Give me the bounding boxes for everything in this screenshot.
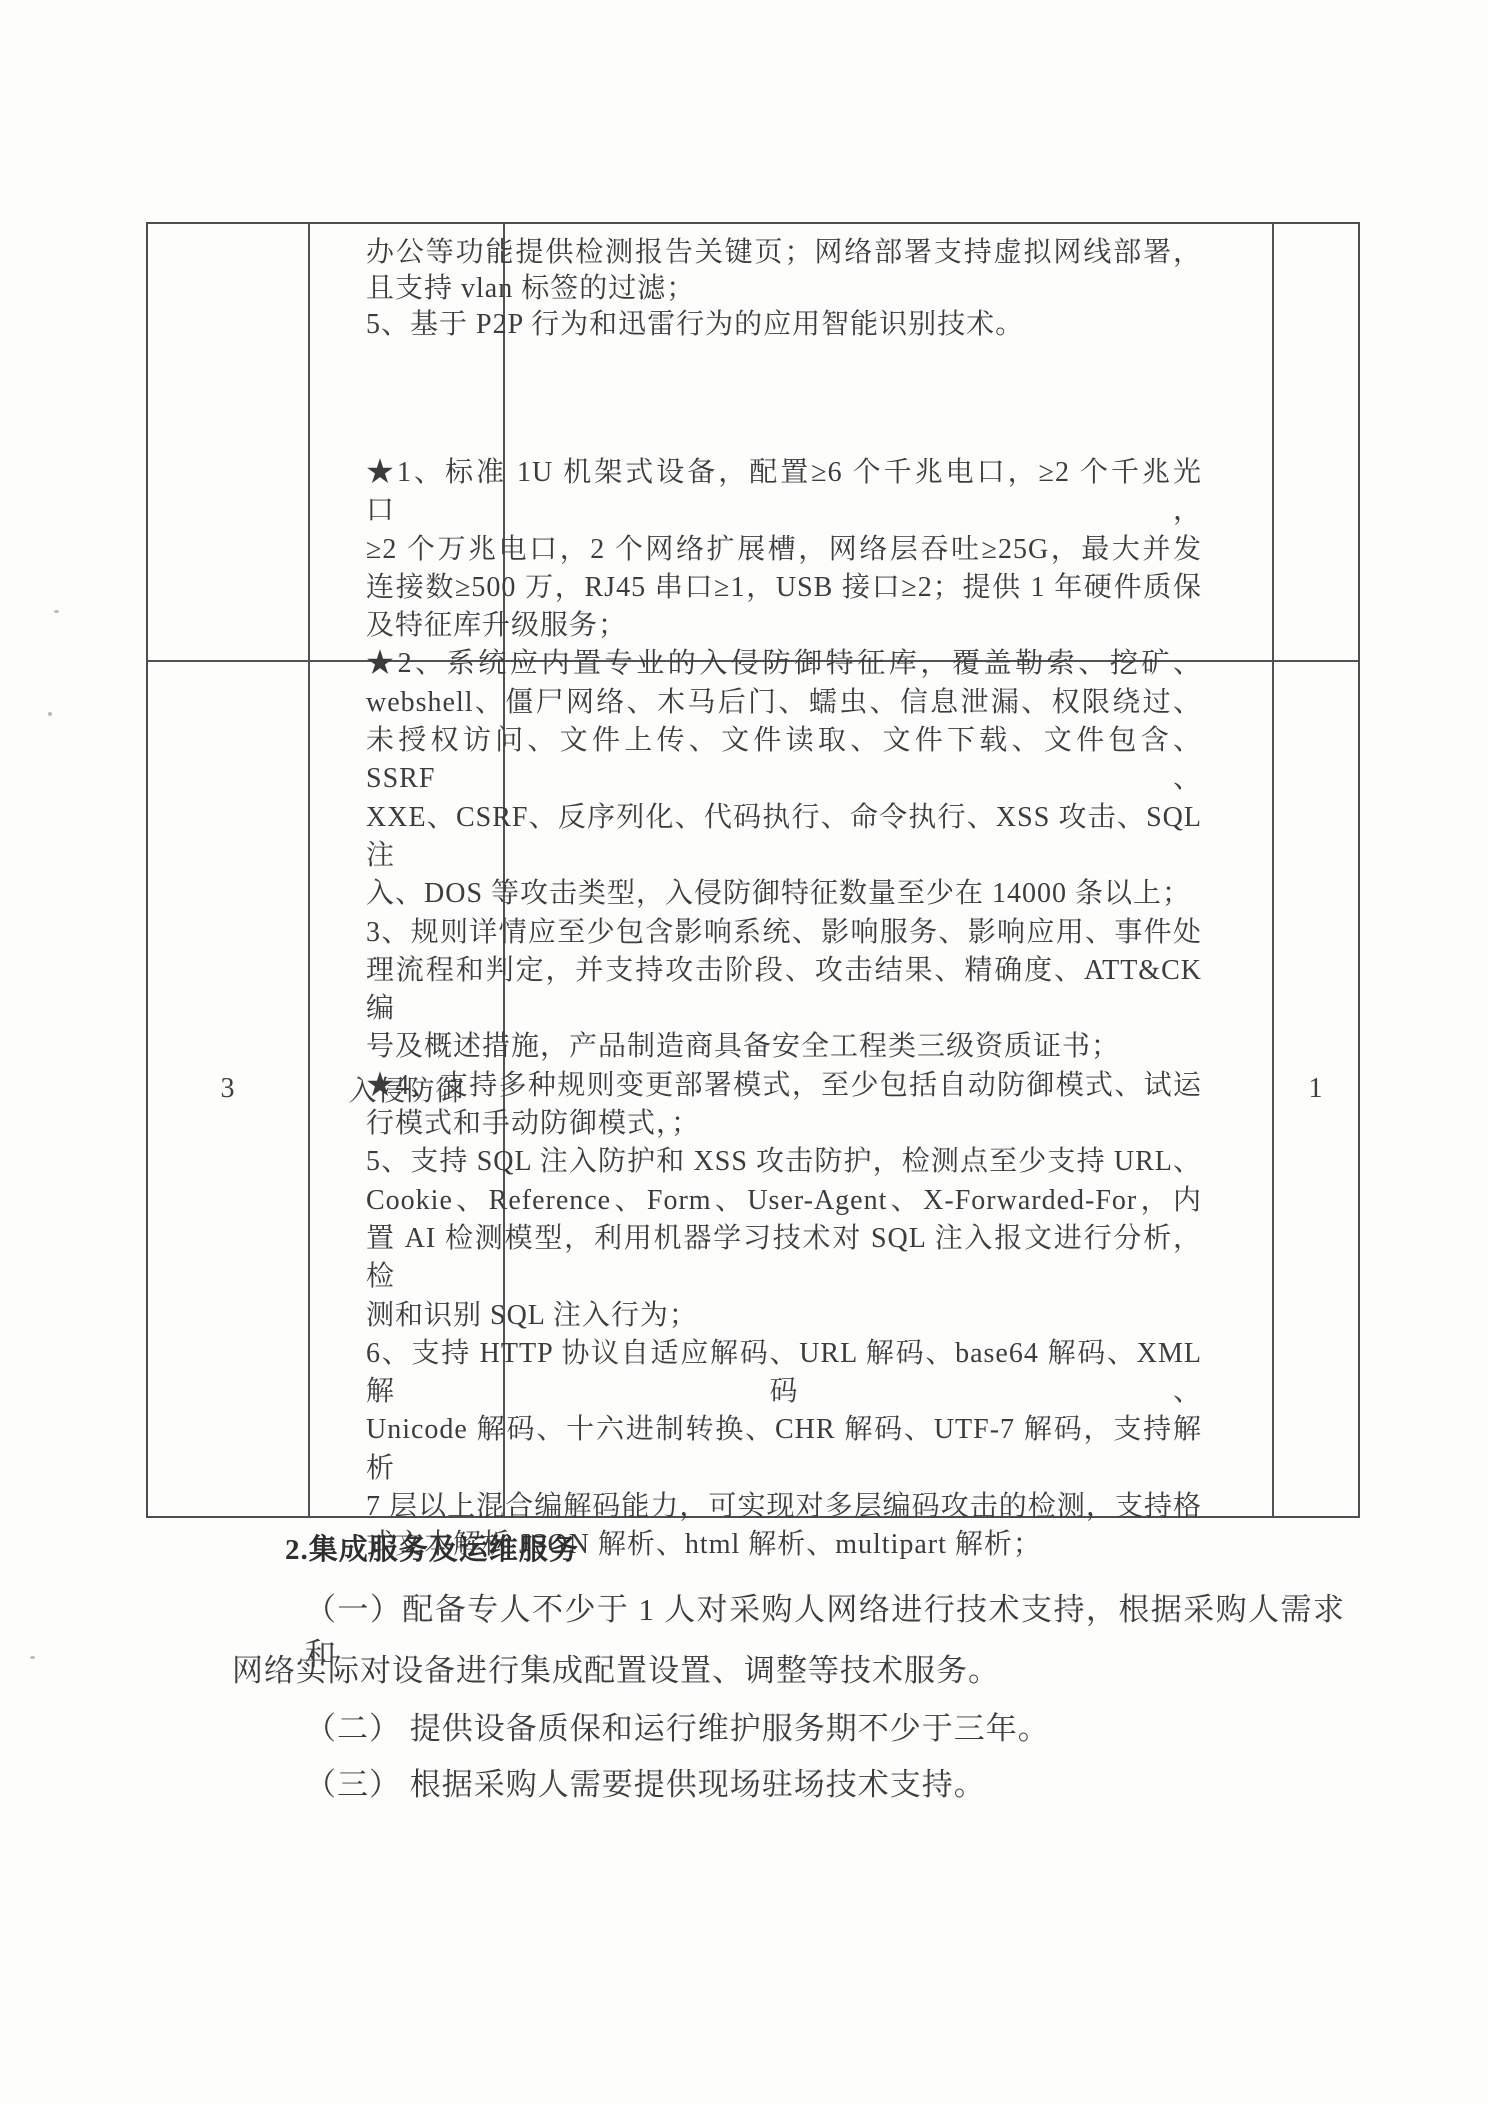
section-heading: 2.集成服务及运维服务 xyxy=(285,1527,579,1568)
item-qty: 1 xyxy=(1309,1073,1324,1105)
spec-line: 置 AI 检测模型，利用机器学习技术对 SQL 注入报文进行分析，检 xyxy=(366,1220,1202,1297)
spec-line: 办公等功能提供检测报告关键页；网络部署支持虚拟网线部署， xyxy=(366,235,1202,271)
paragraph-3: （三） 根据采购人需要提供现场驻场技术支持。 xyxy=(305,1759,986,1804)
spec-cell-row2: ★1、标准 1U 机架式设备，配置≥6 个千兆电口，≥2 个千兆光口，≥2 个万… xyxy=(366,454,1202,1565)
spec-cell-row1: 办公等功能提供检测报告关键页；网络部署支持虚拟网线部署，且支持 vlan 标签的… xyxy=(366,235,1202,343)
spec-table: 办公等功能提供检测报告关键页；网络部署支持虚拟网线部署，且支持 vlan 标签的… xyxy=(146,222,1360,1518)
spec-line: ★1、标准 1U 机架式设备，配置≥6 个千兆电口，≥2 个千兆光口， xyxy=(366,454,1202,531)
spec-line: 6、支持 HTTP 协议自适应解码、URL 解码、base64 解码、XML 解… xyxy=(366,1335,1202,1412)
spec-line: 5、基于 P2P 行为和迅雷行为的应用智能识别技术。 xyxy=(366,307,1202,343)
spec-line: 7 层以上混合编解码能力，可实现对多层编码攻击的检测，支持格 xyxy=(366,1488,1202,1526)
spec-line: 5、支持 SQL 注入防护和 XSS 攻击防护，检测点至少支持 URL、 xyxy=(366,1143,1202,1181)
scan-speck xyxy=(48,712,52,716)
paragraph-1-line-2: 网络实际对设备进行集成配置设置、调整等技术服务。 xyxy=(232,1645,1000,1690)
item-number: 3 xyxy=(221,1073,236,1105)
spec-line: ★4、支持多种规则变更部署模式，至少包括自动防御模式、试运 xyxy=(366,1067,1202,1105)
item-number-cell: 3 xyxy=(148,662,308,1516)
spec-line: 连接数≥500 万，RJ45 串口≥1，USB 接口≥2；提供 1 年硬件质保 xyxy=(366,569,1202,607)
spec-line: ≥2 个万兆电口，2 个网络扩展槽，网络层吞吐≥25G，最大并发 xyxy=(366,531,1202,569)
spec-line: 且支持 vlan 标签的过滤； xyxy=(366,271,1202,307)
spec-line: 理流程和判定，并支持攻击阶段、攻击结果、精确度、ATT&CK 编 xyxy=(366,952,1202,1029)
scan-speck xyxy=(54,610,59,613)
spec-line: Unicode 解码、十六进制转换、CHR 解码、UTF-7 解码，支持解析 xyxy=(366,1411,1202,1488)
spec-line: XXE、CSRF、反序列化、代码执行、命令执行、XSS 攻击、SQL 注 xyxy=(366,799,1202,876)
spec-line: ★2、系统应内置专业的入侵防御特征库，覆盖勒索、挖矿、 xyxy=(366,645,1202,683)
paragraph-2: （二） 提供设备质保和运行维护服务期不少于三年。 xyxy=(305,1703,1050,1748)
scan-speck xyxy=(30,1656,35,1659)
spec-line: 入、DOS 等攻击类型，入侵防御特征数量至少在 14000 条以上； xyxy=(366,875,1202,913)
spec-line: Cookie、Reference、Form、User-Agent、X-Forwa… xyxy=(366,1182,1202,1220)
spec-line: 号及概述措施，产品制造商具备安全工程类三级资质证书； xyxy=(366,1028,1202,1066)
item-qty-cell: 1 xyxy=(1274,662,1358,1516)
spec-line: 未授权访问、文件上传、文件读取、文件下载、文件包含、SSRF、 xyxy=(366,722,1202,799)
document-page: 办公等功能提供检测报告关键页；网络部署支持虚拟网线部署，且支持 vlan 标签的… xyxy=(0,0,1488,2104)
spec-line: 3、规则详情应至少包含影响系统、影响服务、影响应用、事件处 xyxy=(366,914,1202,952)
spec-line: 及特征库升级服务； xyxy=(366,607,1202,645)
spec-line: 行模式和手动防御模式，； xyxy=(366,1105,1202,1143)
spec-line: webshell、僵尸网络、木马后门、蠕虫、信息泄漏、权限绕过、 xyxy=(366,684,1202,722)
spec-line: 测和识别 SQL 注入行为； xyxy=(366,1297,1202,1335)
